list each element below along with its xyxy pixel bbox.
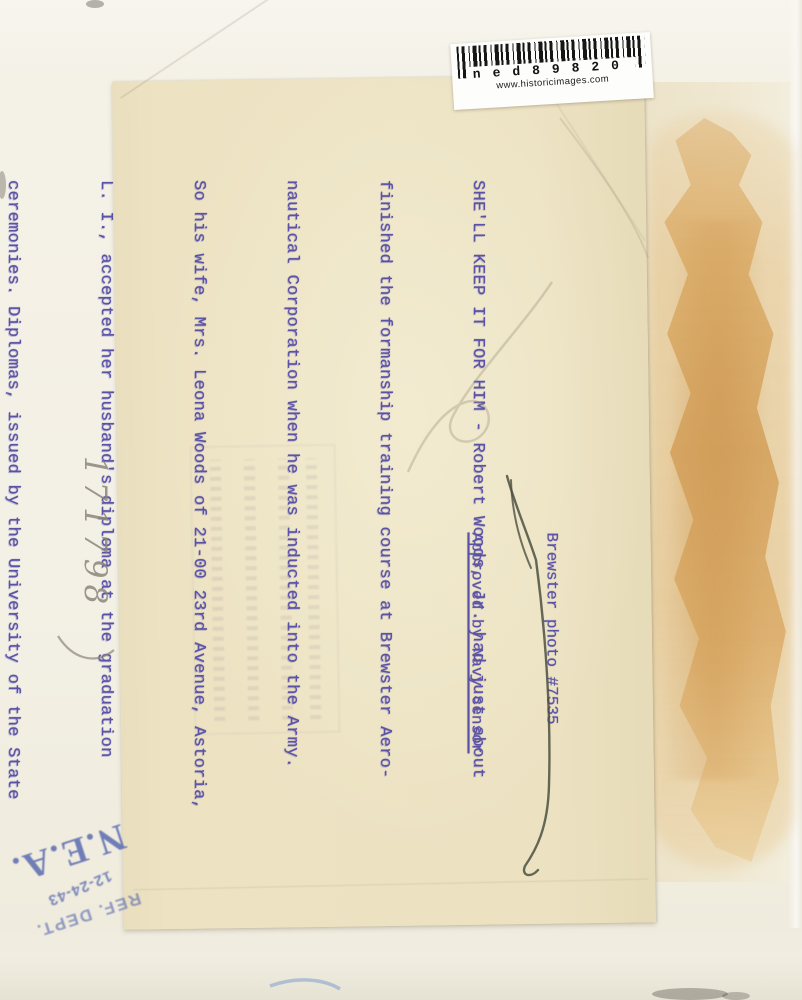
censor-note-approval: Approved by Navy censor	[464, 533, 489, 778]
glue-stain-core	[668, 220, 768, 780]
photo-back: SHE'LL KEEP IT FOR HIM - Robert Woods, J…	[0, 0, 802, 1000]
smudge-mark	[86, 0, 104, 8]
censor-note-photo-number: Brewster photo #7535	[539, 533, 564, 778]
caption-line: nautical Corporation when he was inducte…	[276, 180, 307, 880]
crease-line	[120, 0, 295, 98]
censor-note: Brewster photo #7535 Approved by Navy ce…	[562, 533, 614, 778]
handwritten-id: 171798	[65, 423, 113, 643]
caption-line: finished the formanship training course …	[369, 180, 400, 880]
backing-bottom-strip	[0, 928, 802, 1000]
caption-line: So his wife, Mrs. Leona Woods of 21-00 2…	[183, 180, 214, 880]
crease-line	[547, 90, 645, 242]
barcode-sticker: ned89820 www.historicimages.com	[450, 32, 654, 110]
crease-line	[133, 879, 648, 891]
